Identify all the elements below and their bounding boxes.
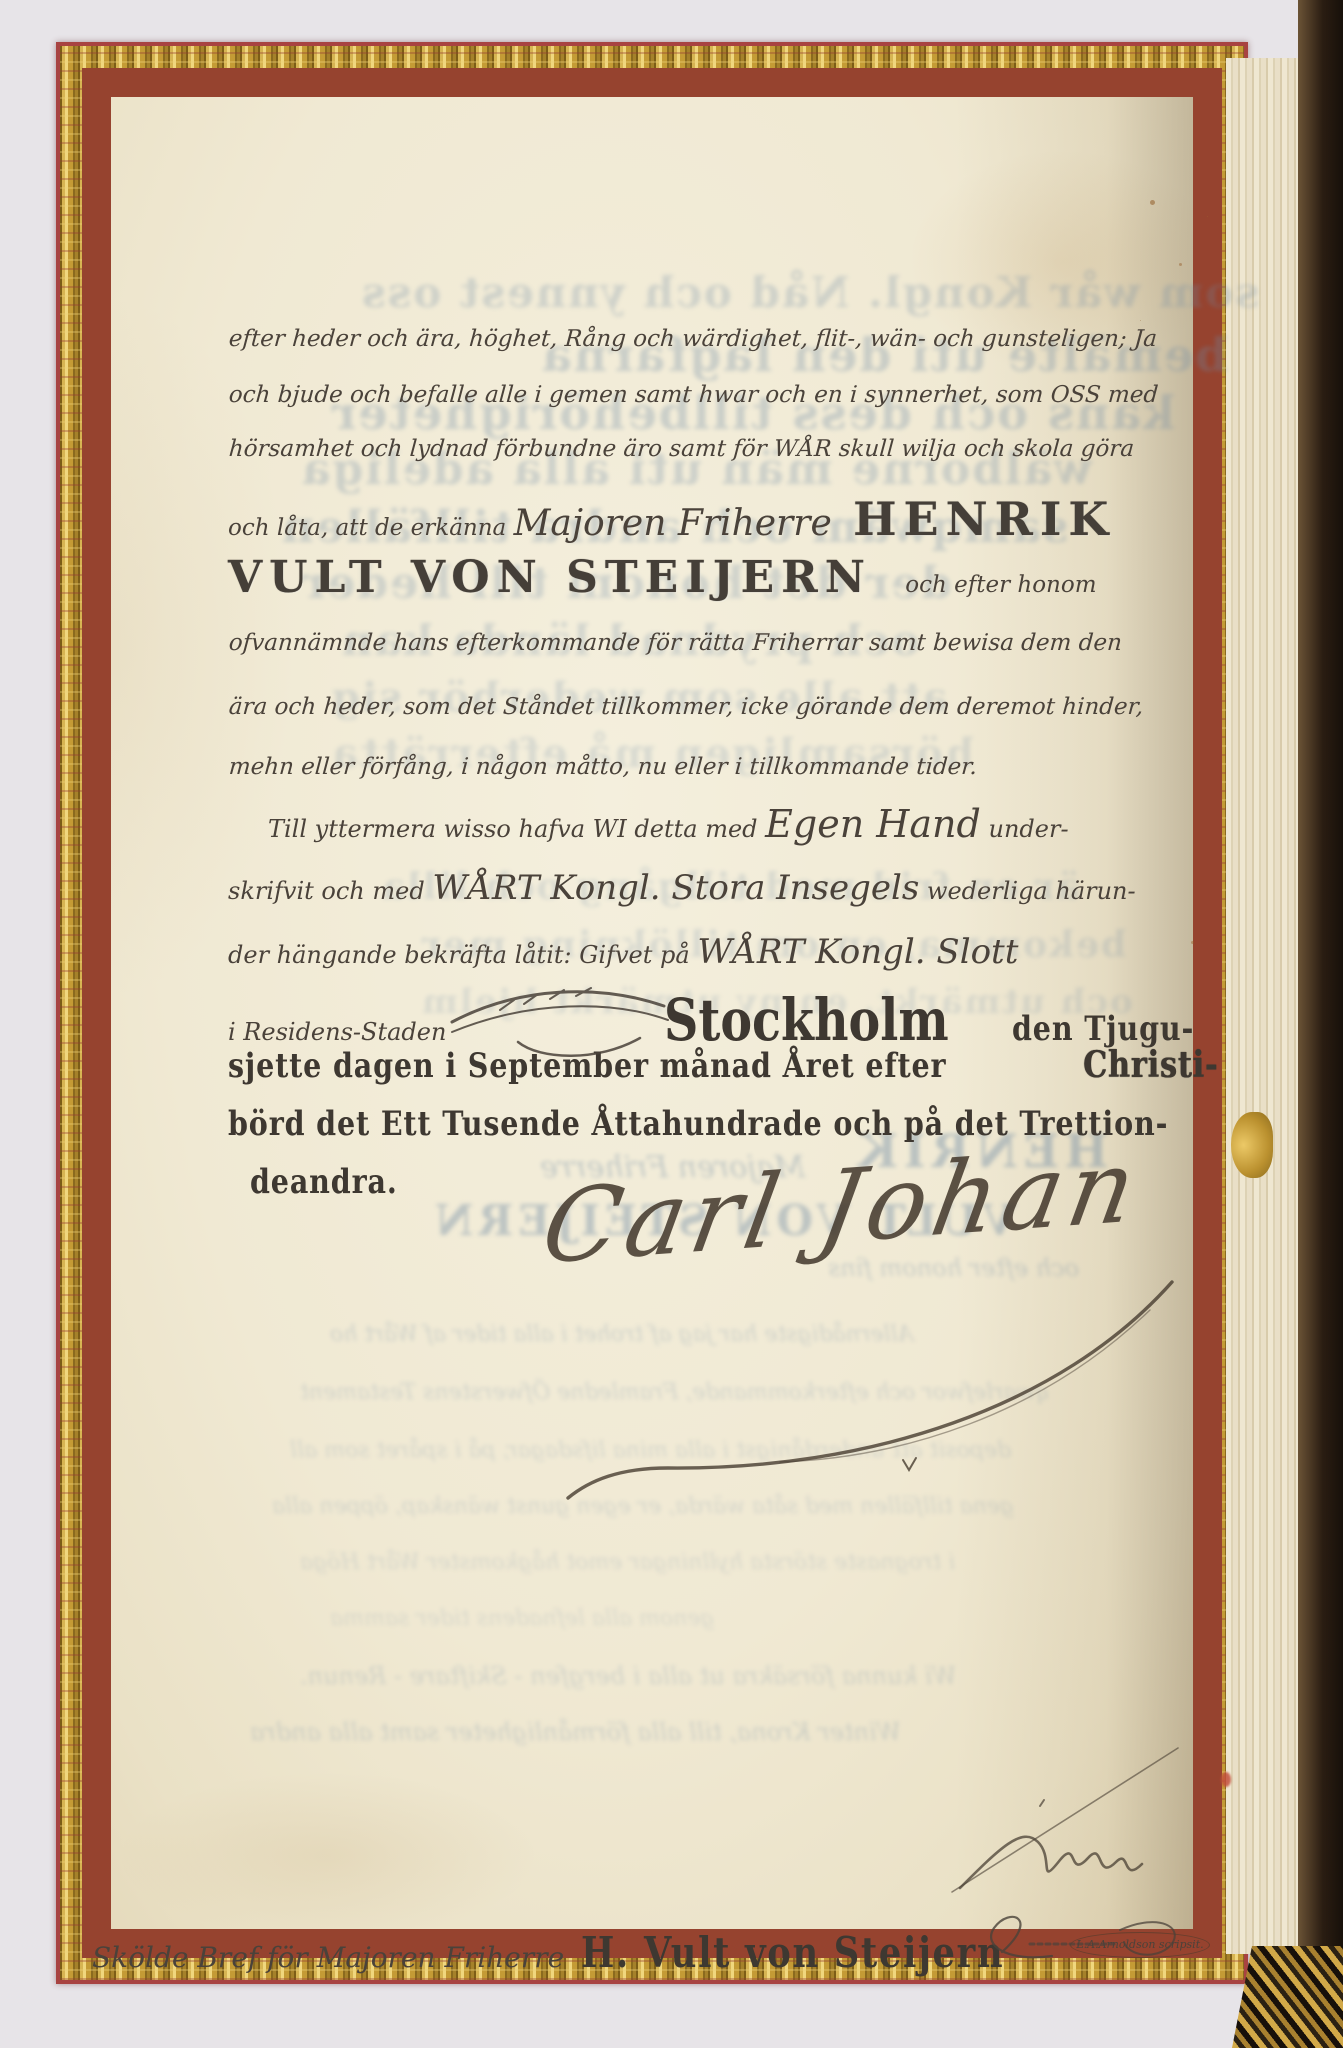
bleedthrough-line: Wi kunna försäkra ut alla i bergfen - Sk… xyxy=(300,1662,957,1690)
p2-line-3: der hängande bekräfta låtit: Gifvet på W… xyxy=(228,932,1018,972)
p1-line-1: efter heder och ära, höghet, Rång och wä… xyxy=(228,326,1158,352)
recipient-surname: VULT VON STEIJERN xyxy=(228,552,872,603)
p2-l2a: skrifvit och med xyxy=(228,877,432,905)
p2-l2c: wederliga härun- xyxy=(919,877,1135,905)
docket-line: Skölde Bref för Majoren Friherre H. Vult… xyxy=(92,1928,1085,1977)
p2-l1b-egen-hand: Egen Hand xyxy=(765,802,981,846)
engraver-credit-cartouche: L.A.Arnoldson scripsit. xyxy=(1070,1932,1210,1958)
p1-line-8: mehn eller förfång, i någon måtto, nu el… xyxy=(228,754,978,780)
braided-seal-cord xyxy=(1232,1946,1343,2048)
p2-l3b-royal-castle: WÅRT Kongl. Slott xyxy=(697,932,1018,972)
bleedthrough-line: Allernådigste har jag af trohet i alla t… xyxy=(330,1322,913,1347)
bleedthrough-line: i trognaste största hyllningar emot hågk… xyxy=(300,1550,955,1575)
book-gutter-shadow xyxy=(1298,0,1343,2048)
photographed-charter-page: som wår Kongl. Nåd och ynnest ossbemälte… xyxy=(0,0,1343,2048)
bleedthrough-line: som wår Kongl. Nåd och ynnest oss xyxy=(360,268,1259,317)
p2-l1a: Till yttermera wisso hafva WI detta med xyxy=(268,815,765,843)
p1-line-7: ära och heder, som det Ståndet tillkomme… xyxy=(228,694,1144,720)
recipient-title: Majoren Friherre xyxy=(514,503,832,544)
line5-suffix: och efter honom xyxy=(905,572,1096,598)
p2-line-5: sjette dagen i September månad Året efte… xyxy=(228,1044,1244,1086)
recipient-first-name: HENRIK xyxy=(853,492,1115,546)
date-line-deandra: deandra. xyxy=(250,1162,398,1202)
bleedthrough-line: gena tillfällen med såta wärda, er egen … xyxy=(272,1494,1014,1519)
p2-l1c: under- xyxy=(981,815,1069,843)
docket-prefix: Skölde Bref för Majoren Friherre xyxy=(92,1941,573,1974)
bleedthrough-line: deposit att underdånigst i alla mina lif… xyxy=(290,1438,1011,1463)
date-line-christi: Christi- xyxy=(1083,1044,1218,1086)
p2-line-1: Till yttermera wisso hafva WI detta med … xyxy=(268,802,1069,846)
p1-line-2: och bjude och befalle alle i gemen samt … xyxy=(228,382,1159,408)
p2-line-7: deandra. xyxy=(250,1162,426,1202)
bleedthrough-line: Winter Krona, till alla förmånligheter s… xyxy=(250,1718,901,1746)
date-line-september: sjette dagen i September månad Året efte… xyxy=(228,1046,946,1086)
bleedthrough-line: qwarlefwor och efterkommande, Framledne … xyxy=(300,1380,1050,1405)
p1-line-5: VULT VON STEIJERN och efter honom xyxy=(228,552,1097,603)
p2-line-2: skrifvit och med WÅRT Kongl. Stora Inseg… xyxy=(228,868,1136,908)
foxing-specks xyxy=(1150,200,1155,205)
docket-name: H. Vult von Steijern xyxy=(581,1928,1004,1977)
p2-line-6: börd det Ett Tusende Åttahundrade och på… xyxy=(228,1104,1343,1144)
line4-prefix: och låta, att de erkänna xyxy=(228,515,514,541)
page-fore-edge xyxy=(1226,58,1302,1954)
p1-line-3: hörsamhet och lydnad förbundne äro samt … xyxy=(228,436,1135,462)
p2-l2b-royal-seal: WÅRT Kongl. Stora Insegels xyxy=(432,868,919,908)
p1-line-4: och låta, att de erkänna Majoren Friherr… xyxy=(228,492,1115,546)
p2-l3a: der hängande bekräfta låtit: Gifvet på xyxy=(228,941,697,969)
p1-line-6: ofvannämnde hans efterkommande för rätta… xyxy=(228,630,1123,656)
p2-l4a-residens-staden: i Residens-Staden xyxy=(228,1018,446,1046)
red-wax-mark xyxy=(1221,1772,1231,1787)
p2-l4c-den-tjugu: den Tjugu- xyxy=(1012,1009,1194,1049)
bleedthrough-line: genom alla lefnadens tider samma xyxy=(330,1606,714,1631)
